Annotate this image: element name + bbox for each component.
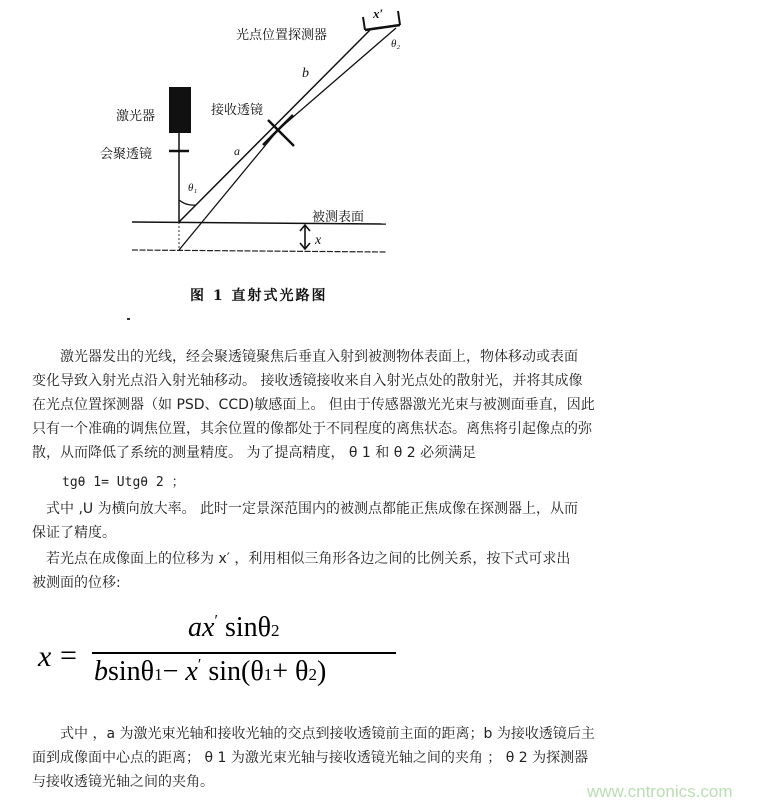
paragraph-3: 若光点在成像面上的位移为 x′ ，利用相似三角形各边之间的比例关系，按下式可求出… xyxy=(32,547,722,595)
text-line: 面到成像面中心点的距离； θ 1 为激光束光轴与接收透镜光轴之间的夹角 ； θ … xyxy=(32,746,722,770)
condition-formula: tgθ 1= Utgθ 2 ； xyxy=(62,471,752,495)
text-line: 在光点位置探测器（如 PSD、CCD)敏感面上。 但由于传感器激光光束与被测面垂… xyxy=(32,393,722,417)
text-line: 散，从而降低了系统的测量精度。 为了提高精度， θ 1 和 θ 2 必须满足 xyxy=(32,441,722,465)
stray-mark xyxy=(127,318,130,320)
laser-block xyxy=(169,87,191,133)
paragraph-1: 激光器发出的光线，经会聚透镜聚焦后垂直入射到被测物体表面上，物体移动或表面 变化… xyxy=(32,345,722,465)
formula-denominator: bsinθ1− x′ sin(θ1+ θ2) xyxy=(94,656,326,688)
label-laser: 激光器 xyxy=(116,105,155,124)
text-line: 式中 ，a 为激光束光轴和接收光轴的交点到接收透镜前主面的距离；b 为接收透镜后… xyxy=(32,722,722,746)
symbol-a: a xyxy=(234,144,240,159)
fraction-bar xyxy=(92,652,396,654)
text-line: 只有一个准确的调焦位置，其余位置的像都处于不同程度的离焦状态。离焦将引起像点的弥 xyxy=(32,417,722,441)
text-line: 式中 ,U 为横向放大率。 此时一定景深范围内的被测点都能正焦成像在探测器上，从… xyxy=(32,497,722,521)
symbol-b: b xyxy=(302,66,309,82)
text-line: 激光器发出的光线，经会聚透镜聚焦后垂直入射到被测物体表面上，物体移动或表面 xyxy=(32,345,722,369)
label-receive-lens: 接收透镜 xyxy=(211,99,263,118)
formula-lhs: x xyxy=(38,640,51,674)
formula-equals: = xyxy=(60,639,77,673)
label-detector: 光点位置探测器 xyxy=(236,24,327,43)
label-focus-lens: 会聚透镜 xyxy=(100,143,152,162)
text-line: 保证了精度。 xyxy=(32,521,722,545)
figure-1-optical-path: 光点位置探测器 激光器 会聚透镜 接收透镜 被测表面 x′ θ₂ b a θ₁ … xyxy=(0,0,770,320)
figure-caption: 图 1 直射式光路图 xyxy=(190,285,328,305)
formula-numerator: ax′ sinθ2 xyxy=(188,612,280,644)
text-line: 被测面的位移: xyxy=(32,571,722,595)
label-surface: 被测表面 xyxy=(312,206,364,225)
symbol-x-prime: x′ xyxy=(373,6,383,22)
symbol-theta2: θ₂ xyxy=(391,38,400,50)
text-line: 变化导致入射光点沿入射光轴移动。 接收透镜接收来自入射光点处的散射光，并将其成像 xyxy=(32,369,722,393)
watermark: www.cntronics.com xyxy=(587,782,732,802)
symbol-x: x xyxy=(315,233,321,249)
paragraph-2: 式中 ,U 为横向放大率。 此时一定景深范围内的被测点都能正焦成像在探测器上，从… xyxy=(32,497,722,545)
displacement-formula: x = ax′ sinθ2 bsinθ1− x′ sin(θ1+ θ2) xyxy=(38,612,418,702)
symbol-theta1: θ₁ xyxy=(188,182,197,194)
text-line: 若光点在成像面上的位移为 x′ ，利用相似三角形各边之间的比例关系，按下式可求出 xyxy=(32,547,722,571)
